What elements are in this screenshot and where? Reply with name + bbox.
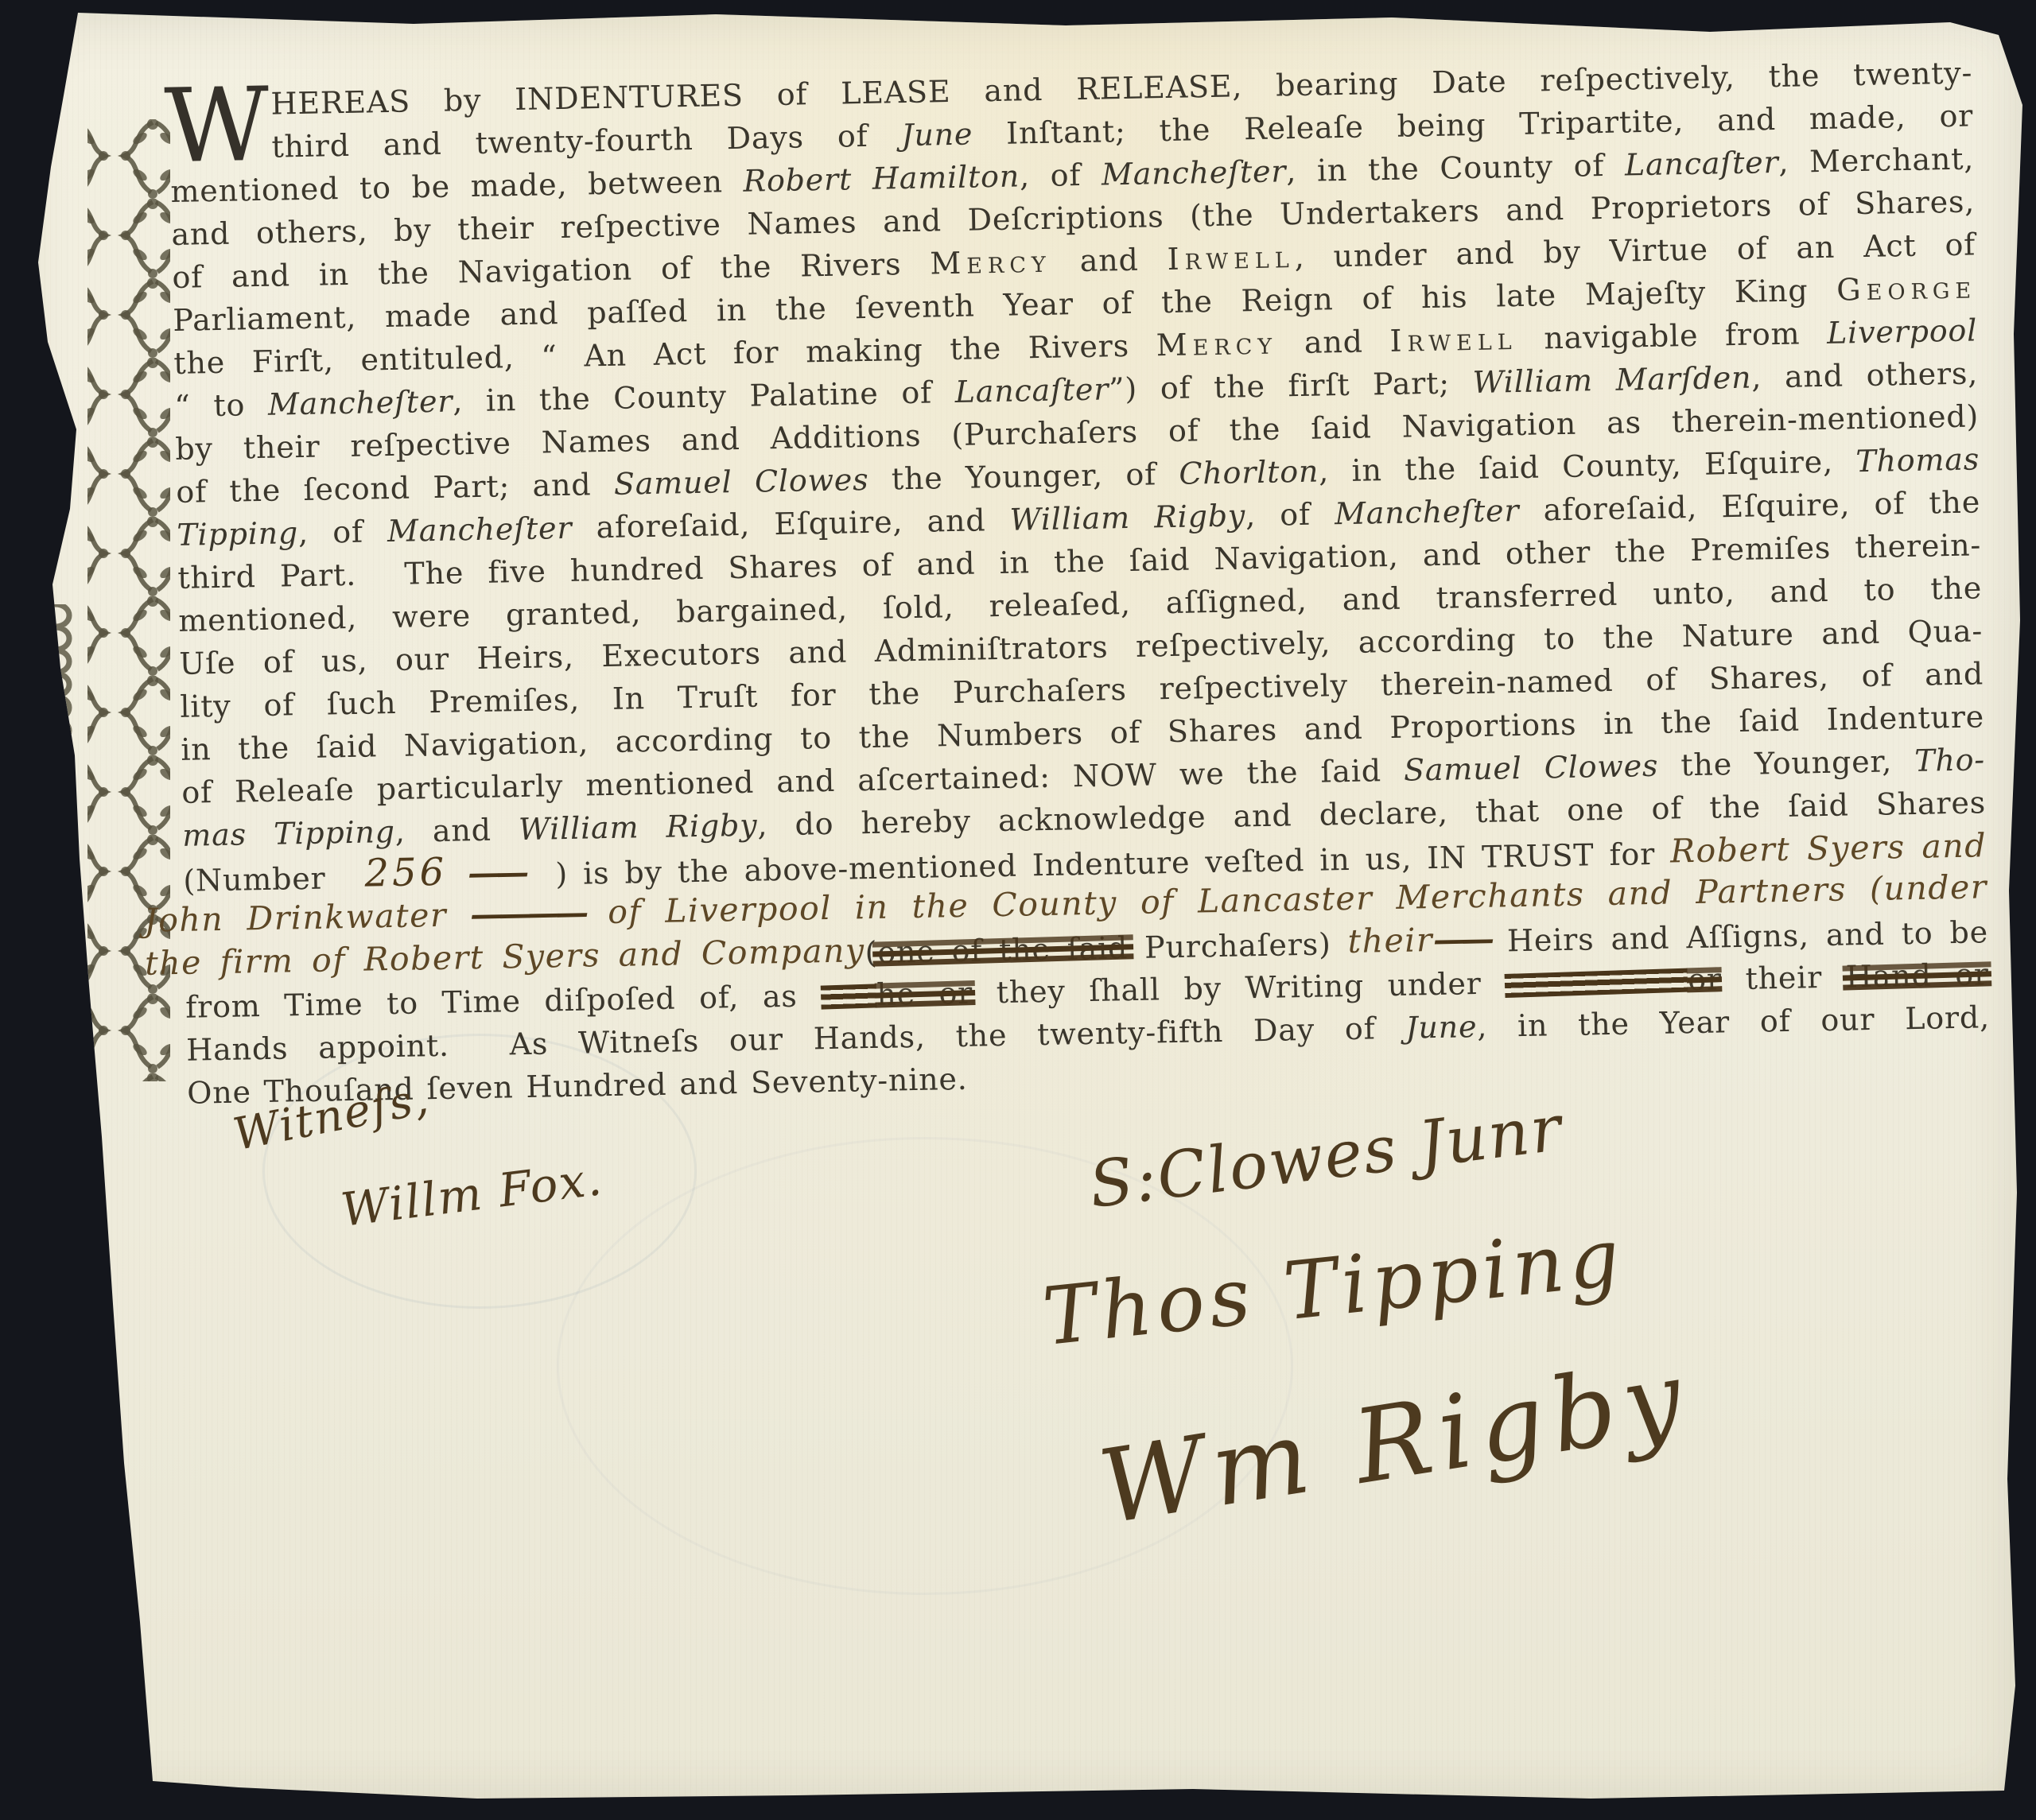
printed-text: William Rigby <box>1009 498 1245 537</box>
printed-text: the Younger, of <box>868 456 1179 497</box>
struck-text: he or <box>876 976 973 1012</box>
printed-text: from Time to Time diſpoſed of, as <box>185 978 822 1025</box>
printed-text: , in the County of <box>1286 147 1625 188</box>
printed-text: ”) of the firſt Part; <box>1109 365 1473 406</box>
printed-text: Irwell <box>1167 239 1295 277</box>
printed-text: and <box>1277 324 1390 361</box>
printed-text: aforeſaid, Eſquire, and <box>572 503 1010 545</box>
printed-text: Purchaſers) <box>1128 926 1348 965</box>
printed-text: Mancheſter <box>1335 493 1520 531</box>
printed-text: Samuel Clowes <box>1404 748 1659 788</box>
struck-text: Hand or <box>1845 957 1989 994</box>
printed-text: Tipping <box>177 515 298 553</box>
printed-text: (Number <box>183 860 341 898</box>
printed-text: William Rigby <box>519 808 758 847</box>
printed-text: Tho- <box>1914 742 1986 778</box>
ink-bar <box>1505 968 1688 998</box>
printed-text: , Merchant, <box>1778 141 1974 179</box>
printed-text: Mercy <box>1156 326 1277 363</box>
printed-text: of the ſecond Part; and <box>176 467 614 510</box>
printed-text: their <box>1722 960 1847 997</box>
handwritten-text: Robert Syers and <box>1670 826 1987 870</box>
printed-text: Heirs and Aſſigns, and to be <box>1490 914 1989 958</box>
ink-bar <box>821 984 877 1009</box>
printed-text: mas Tipping <box>182 814 395 853</box>
printed-text: , of <box>1020 157 1102 194</box>
printed-text: Mancheſter <box>387 510 573 549</box>
printed-text: , in the Year of our Lord, <box>1477 999 1990 1044</box>
printed-text: , of <box>298 514 388 550</box>
photograph: { "palette":{ "background":"#14161c", "p… <box>0 0 2036 1820</box>
document-lines: HEREAS by INDENTURES of LEASE and RELEAS… <box>169 51 1991 1114</box>
struck-text: or <box>1688 961 1722 997</box>
printed-text: , in the ſaid County, Eſquire, <box>1319 444 1856 488</box>
signature-clowes: S:Clowes Junr <box>1086 1091 1567 1222</box>
printed-text: June <box>901 116 973 153</box>
printed-text: Mercy <box>930 244 1051 281</box>
printed-text: , and <box>394 812 519 849</box>
printed-text: , and others, <box>1751 355 1979 394</box>
printed-text: aforeſaid, Eſquire, of the <box>1519 484 1980 528</box>
printed-text: and <box>1051 242 1168 279</box>
ornament-chain-column <box>33 604 83 1081</box>
document-paper: W HEREAS by INDENTURES of LEASE and RELE… <box>0 0 2036 1820</box>
printed-text: William Marſden <box>1472 360 1752 400</box>
printed-text: Lancaſter <box>1625 145 1779 183</box>
printed-text: June <box>1405 1009 1478 1046</box>
printed-text: the Younger, <box>1658 743 1915 783</box>
printed-text: third and twenty-fourth Days of <box>271 118 902 165</box>
printed-text: they ſhall by Writing under <box>973 965 1506 1010</box>
printed-text: Lancaſter <box>954 371 1109 409</box>
printed-text: “ to <box>174 387 268 424</box>
printed-text: Irwell <box>1389 321 1517 359</box>
handwritten-dash: —— <box>468 853 526 892</box>
printed-text: navigable from <box>1517 316 1827 356</box>
printed-text: George <box>1836 270 1977 307</box>
struck-text: one of the ſaid <box>877 930 1129 970</box>
printed-text: , of <box>1245 496 1335 533</box>
printed-text: Robert Hamilton <box>743 158 1020 198</box>
handwritten-share-number: 256 <box>364 850 448 896</box>
printed-text: Mancheſter <box>1102 153 1287 192</box>
handwritten-text: John Drinkwater <box>144 895 471 940</box>
document-text: W HEREAS by INDENTURES of LEASE and RELE… <box>169 51 1991 1114</box>
printed-text: Chorlton <box>1179 454 1319 491</box>
handwritten-dash: —— <box>1432 920 1490 959</box>
printed-text: Samuel Clowes <box>613 462 868 502</box>
printed-text: Liverpool <box>1827 312 1978 350</box>
handwritten-text: their <box>1347 921 1433 960</box>
printed-text: , in the County Palatine of <box>453 374 955 419</box>
drop-cap: W <box>164 75 270 178</box>
handwritten-dash: ———— <box>470 894 585 934</box>
printed-text: Thomas <box>1855 441 1980 479</box>
photo-background: W HEREAS by INDENTURES of LEASE and RELE… <box>0 0 2036 1820</box>
printed-text: Mancheſter <box>268 384 453 422</box>
